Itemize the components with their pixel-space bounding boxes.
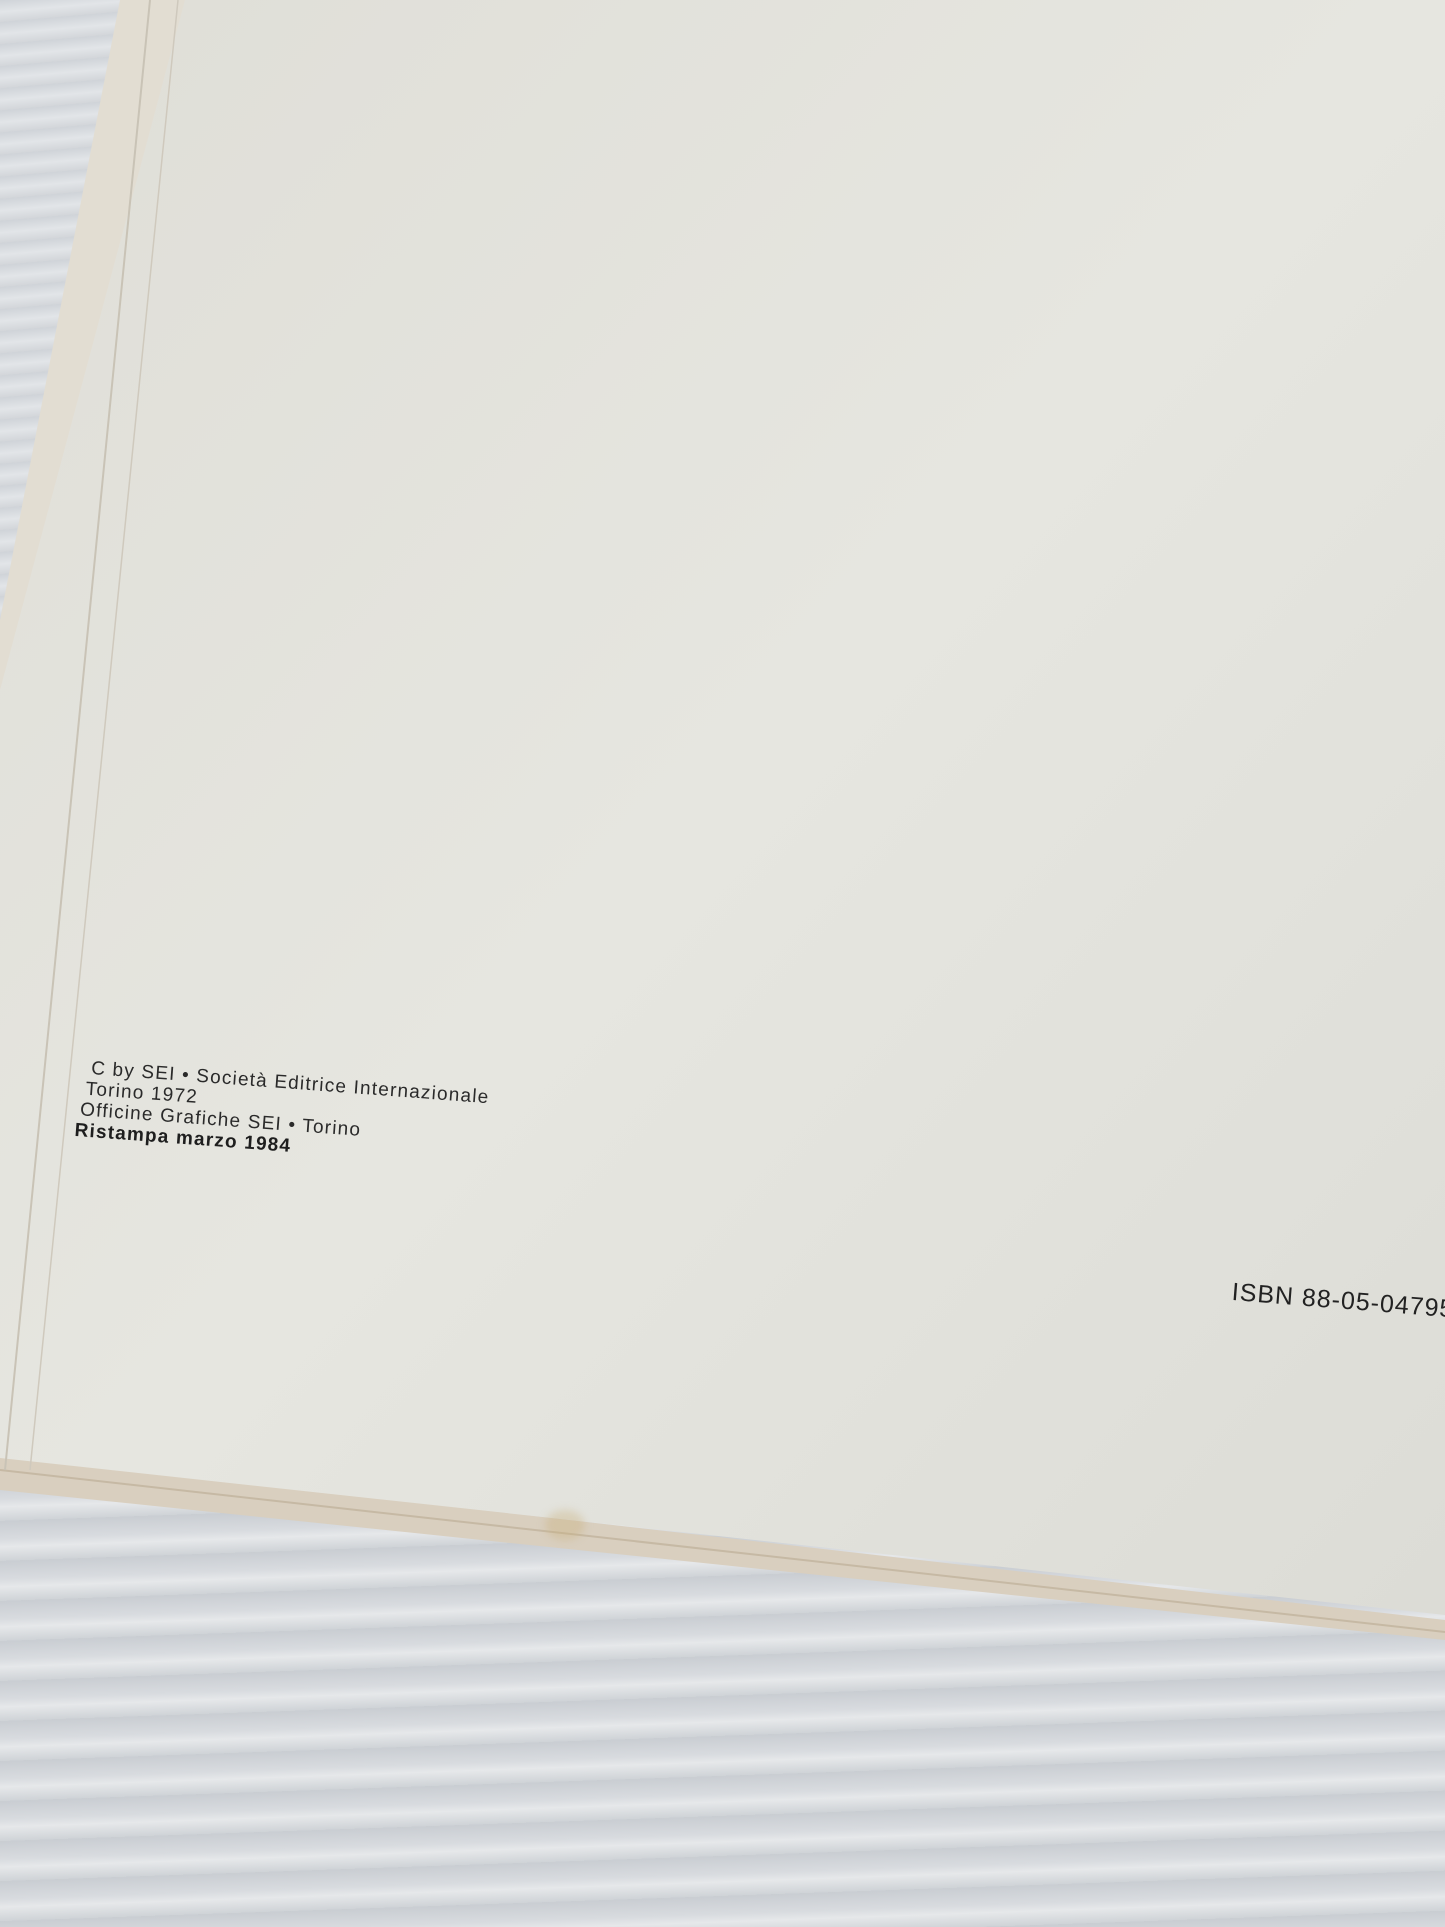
book-page	[0, 0, 1445, 1927]
page-stain	[545, 1510, 585, 1540]
